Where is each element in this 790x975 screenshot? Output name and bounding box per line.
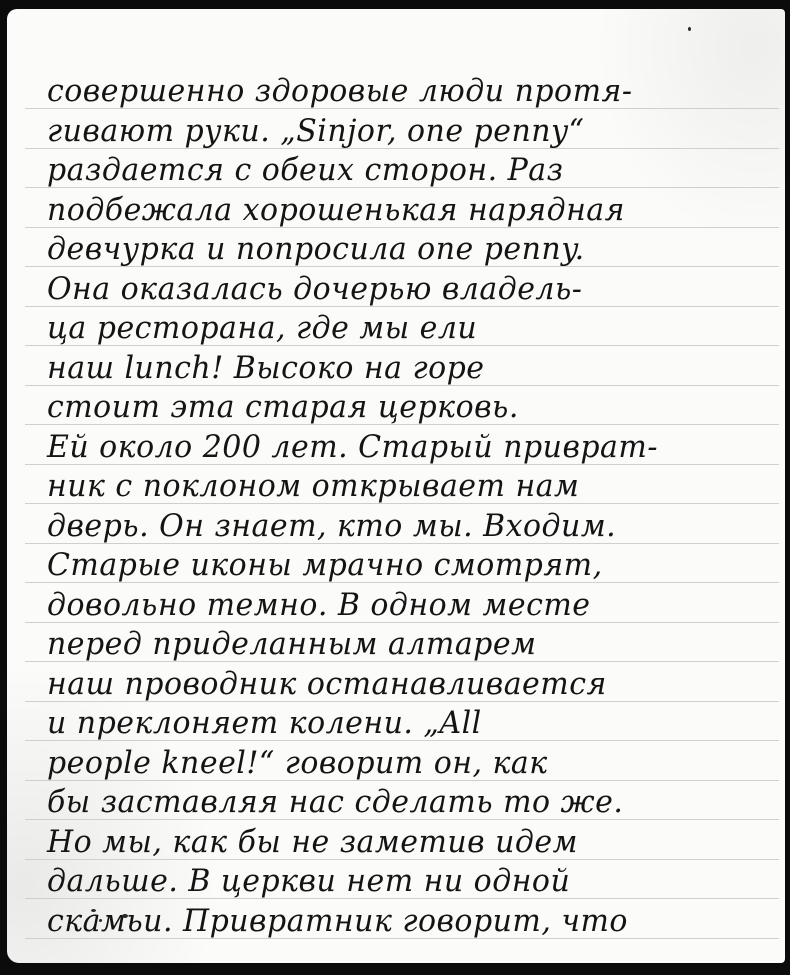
- text-line-5: девчурка и попросила one penny.: [47, 229, 747, 269]
- text-line-4: подбежала хорошенькая нарядная: [47, 190, 747, 230]
- text-line-15: перед приделанным алтарем: [47, 624, 747, 664]
- text-line-10: Ей около 200 лет. Старый приврат-: [47, 427, 747, 467]
- text-line-16: наш проводник останавливается: [47, 664, 747, 704]
- text-line-11: ник с поклоном открывает нам: [47, 466, 747, 506]
- text-line-19: бы заставляя нас сделать то же.: [47, 782, 747, 822]
- text-line-6: Она оказалась дочерью владель-: [47, 269, 747, 309]
- text-line-13: Старые иконы мрачно смотрят,: [47, 545, 747, 585]
- ink-blot: [99, 919, 102, 922]
- scan-frame: совершенно здоровые люди протя- гивают р…: [0, 0, 790, 975]
- text-line-21: дальше. В церкви нет ни одной: [47, 861, 747, 901]
- text-line-3: раздается с обеих сторон. Раз: [47, 150, 747, 190]
- ink-dot: [688, 27, 691, 31]
- text-line-9: стоит эта старая церковь.: [47, 387, 747, 427]
- text-line-14: довольно темно. В одном месте: [47, 585, 747, 625]
- text-line-2: гивают руки. „Sinjor, one penny“: [47, 111, 747, 151]
- text-line-17: и преклоняет колени. „All: [47, 703, 747, 743]
- text-line-20: Но мы, как бы не заметив идем: [47, 822, 747, 862]
- text-line-8: наш lunch! Высоко на горе: [47, 348, 747, 388]
- text-line-1: совершенно здоровые люди протя-: [47, 71, 747, 111]
- text-line-22: скамьи. Привратник говорит, что: [47, 901, 747, 941]
- text-line-18: people kneel!“ говорит он, как: [47, 743, 747, 783]
- ink-blot: [91, 909, 96, 912]
- text-line-7: ца ресторана, где мы ели: [47, 308, 747, 348]
- notebook-page: совершенно здоровые люди протя- гивают р…: [7, 9, 785, 963]
- ink-blot: [122, 914, 128, 918]
- text-line-12: дверь. Он знает, кто мы. Входим.: [47, 506, 747, 546]
